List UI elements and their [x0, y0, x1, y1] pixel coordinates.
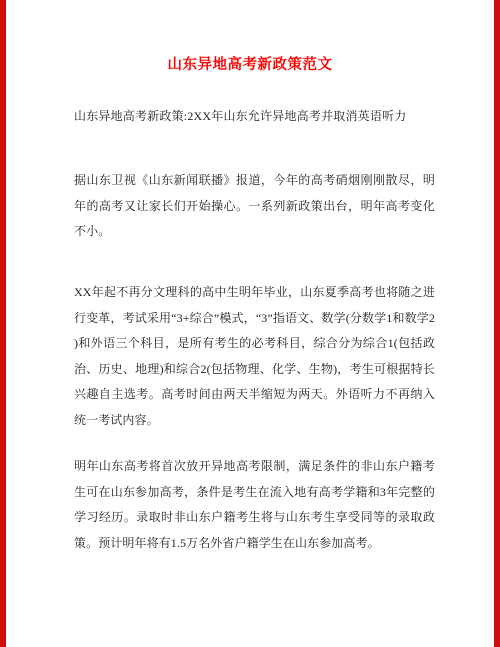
paragraph-news-report: 据山东卫视《山东新闻联播》报道，今年的高考硝烟刚刚散尽，明年的高考又让家长们开始…	[74, 168, 435, 245]
paragraph-exam-reform: XX年起不再分文理科的高中生明年毕业，山东夏季高考也将随之进行变革，考试采用“3…	[74, 280, 435, 433]
document-subtitle: 山东异地高考新政策:2XX年山东允许异地高考并取消英语听力	[74, 104, 436, 129]
left-edge-red-stripe	[0, 0, 6, 647]
right-edge-red-stripe	[494, 0, 500, 647]
paragraph-remote-exam-policy: 明年山东高考将首次放开异地高考限制，满足条件的非山东户籍考生可在山东参加高考，条…	[74, 454, 435, 556]
document-title: 山东异地高考新政策范文	[0, 55, 500, 75]
document-page: 山东异地高考新政策范文 山东异地高考新政策:2XX年山东允许异地高考并取消英语听…	[0, 0, 500, 647]
